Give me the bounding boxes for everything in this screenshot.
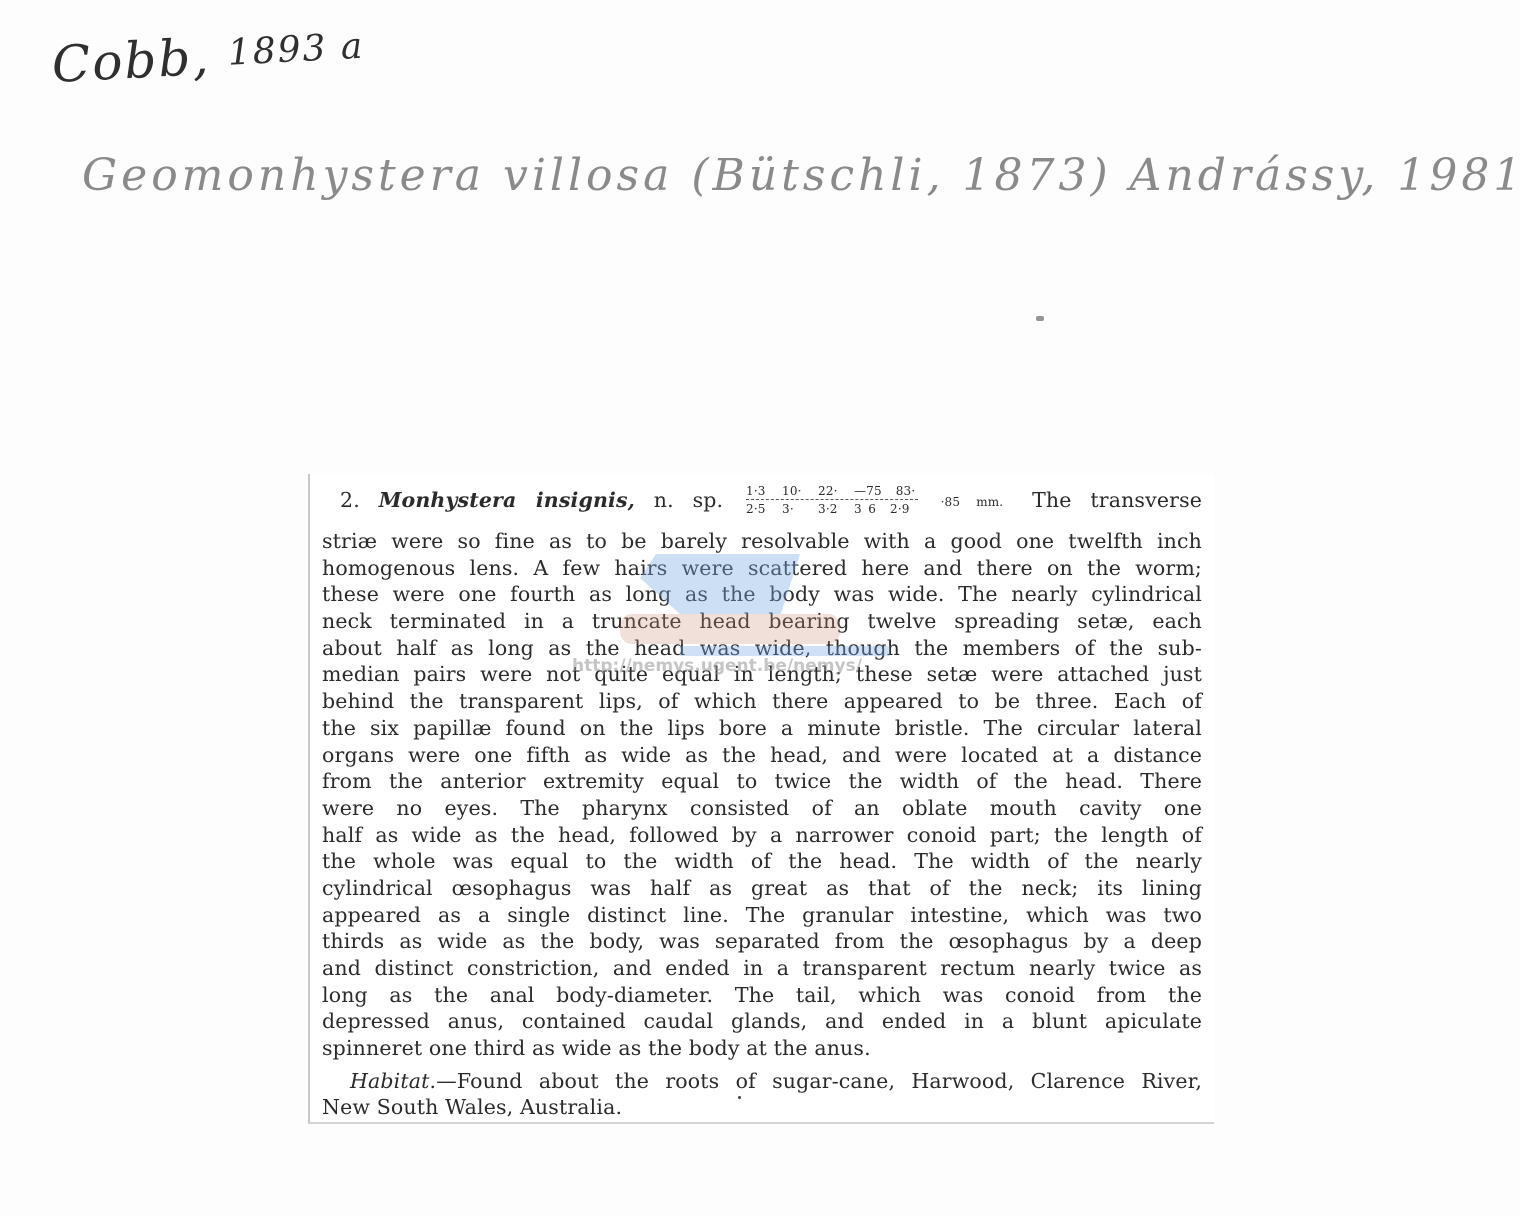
handwritten-taxon-annotation: Geomonhystera villosa (Bütschli, 1873) A… [82, 150, 1520, 201]
text-line: the six papillæ found on the lips bore a… [322, 715, 1202, 742]
formula-num: 22· [818, 484, 840, 498]
text-line: the whole was equal to the width of the … [322, 848, 1202, 875]
habitat-location-line: New South Wales, Australia. [322, 1094, 1202, 1121]
formula-den: 3 6 [854, 502, 876, 516]
author-year: 1893 a [227, 26, 365, 74]
scan-dot [738, 1096, 741, 1099]
text-line: thirds as wide as the body, was separate… [322, 928, 1202, 955]
formula-length: ·85 mm. [941, 495, 1004, 509]
formula-num: 10· [782, 484, 804, 498]
text-line: spinneret one third as wide as the body … [322, 1035, 1202, 1062]
text-line: behind the transparent lips, of which th… [322, 688, 1202, 715]
text-line: long as the anal body-diameter. The tail… [322, 982, 1202, 1009]
text-line: cylindrical œsophagus was half as great … [322, 875, 1202, 902]
text-line: striæ were so fine as to be barely resol… [322, 528, 1202, 555]
formula-num: 83· [896, 484, 918, 498]
habitat-text: —Found about the roots of sugar-cane, Ha… [436, 1069, 1202, 1093]
species-designation: n. sp. [654, 488, 723, 512]
habitat-label: Habitat. [350, 1069, 436, 1093]
text-line: from the anterior extremity equal to twi… [322, 768, 1202, 795]
species-heading-line: 2. Monhystera insignis, n. sp. 1·3 10· 2… [322, 484, 1202, 528]
text-line: neck terminated in a truncate head beari… [322, 608, 1202, 635]
text-line: were no eyes. The pharynx consisted of a… [322, 795, 1202, 822]
author-name: Cobb, [50, 28, 211, 94]
text-line: these were one fourth as long as the bod… [322, 581, 1202, 608]
formula-num: 1·3 [746, 484, 768, 498]
text-line: half as wide as the head, followed by a … [322, 822, 1202, 849]
species-name: Monhystera insignis, [379, 488, 635, 512]
printed-clipping: 2. Monhystera insignis, n. sp. 1·3 10· 2… [308, 474, 1214, 1124]
text-line: organs were one fifth as wide as the hea… [322, 742, 1202, 769]
clipping-body: 2. Monhystera insignis, n. sp. 1·3 10· 2… [322, 484, 1202, 1121]
formula-den: 3· [782, 502, 804, 516]
first-line-text: The transverse [1032, 488, 1202, 512]
formula-numerators: 1·3 10· 22· —75 83· [746, 484, 918, 500]
measurement-formula: 1·3 10· 22· —75 83· 2·5 3· 3·2 3 6 2·9 [746, 484, 918, 516]
formula-num: —75 [854, 484, 882, 498]
text-line: homogenous lens. A few hairs were scatte… [322, 555, 1202, 582]
text-line: about half as long as the head was wide,… [322, 635, 1202, 662]
species-number: 2. [340, 488, 360, 512]
formula-den: 2·9 [890, 502, 912, 516]
habitat-line: Habitat.—Found about the roots of sugar-… [322, 1068, 1202, 1095]
formula-denominators: 2·5 3· 3·2 3 6 2·9 [746, 500, 918, 516]
text-line: appeared as a single distinct line. The … [322, 902, 1202, 929]
handwritten-author-annotation: Cobb,1893 a [50, 20, 365, 94]
formula-den: 2·5 [746, 502, 768, 516]
text-line: median pairs were not quite equal in len… [322, 661, 1202, 688]
text-line: depressed anus, contained caudal glands,… [322, 1008, 1202, 1035]
formula-den: 3·2 [818, 502, 840, 516]
text-line: and distinct constriction, and ended in … [322, 955, 1202, 982]
scan-speck [1036, 316, 1044, 321]
